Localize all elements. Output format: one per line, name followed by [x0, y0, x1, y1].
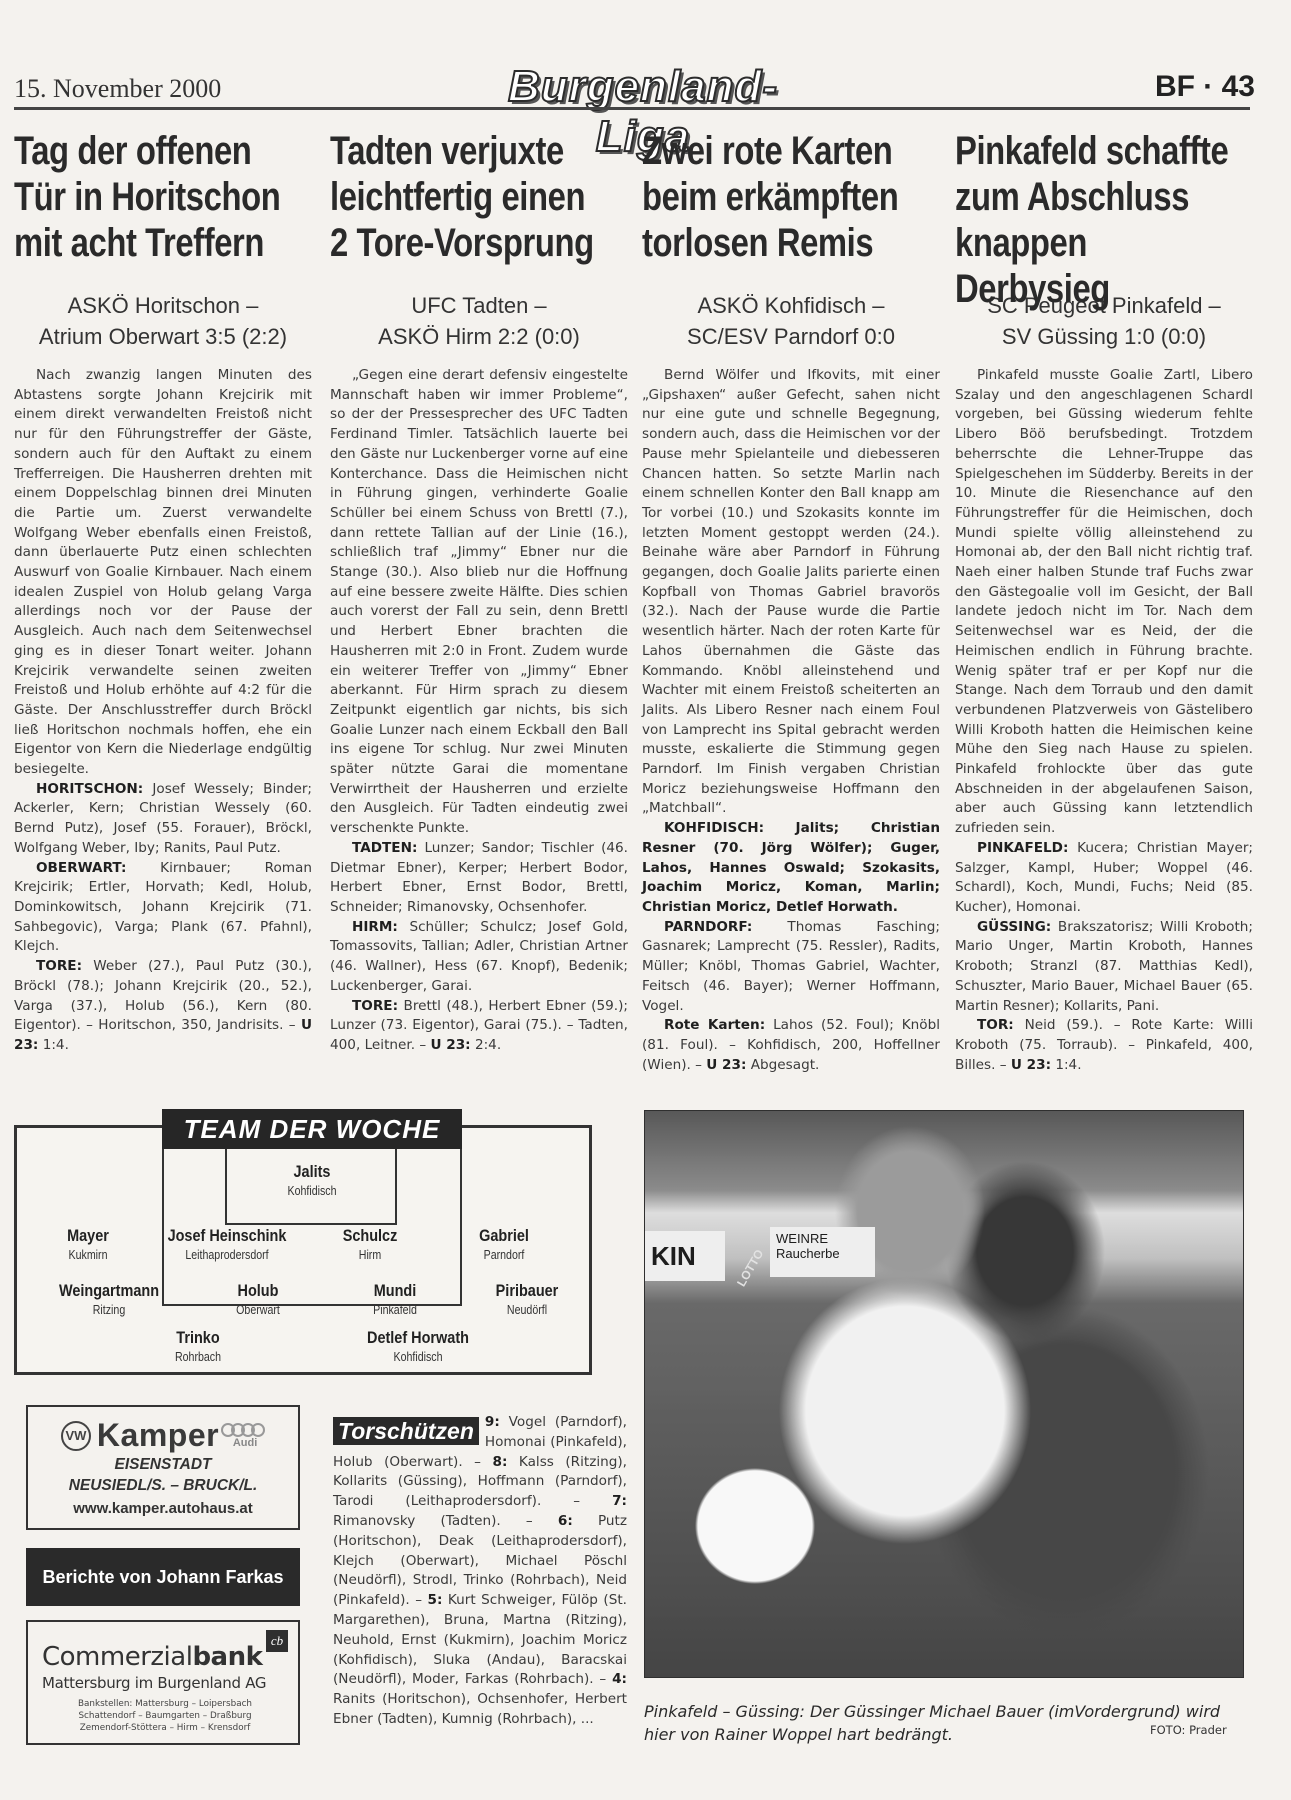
ad-board: WEINRERaucherbe	[770, 1227, 875, 1277]
match-score: Atrium Oberwart 3:5 (2:2)	[14, 321, 312, 352]
lineup-home: TADTEN: Lunzer; Sandor; Tischler (46. Di…	[330, 839, 628, 918]
article-text: Nach zwanzig langen Minuten des Abtasten…	[14, 366, 312, 780]
article-text: „Gegen eine derart defensiv eingestelte …	[330, 366, 628, 839]
goals-summary: TORE: Brettl (48.), Herbert Ebner (59.);…	[330, 997, 628, 1056]
headline-line: leichtfertig einen	[330, 174, 625, 220]
issue-date: 15. November 2000	[14, 74, 221, 104]
cb-logo-icon: cb	[266, 1630, 288, 1652]
u23-label: U 23:	[1011, 1057, 1051, 1073]
player-forward: Detlef HorwathKohfidisch	[343, 1328, 493, 1364]
player-name: Mundi	[331, 1281, 459, 1301]
headline-line: Tür in Horitschon	[14, 174, 309, 220]
player-midfielder: PiribauerNeudörfl	[452, 1281, 602, 1317]
player-name: Gabriel	[440, 1226, 568, 1246]
headline-line: mit acht Treffern	[14, 220, 309, 266]
article-body: Bernd Wölfer und Ifkovits, mit einer „Gi…	[642, 366, 940, 1075]
goal-count: 4:	[612, 1671, 627, 1687]
bank-branches: Bankstellen: Mattersburg – Loipersbach S…	[42, 1698, 288, 1734]
kamper-brand: Kamper	[97, 1417, 219, 1454]
u23-label: U 23:	[706, 1057, 746, 1073]
lineup-label: HORITSCHON:	[36, 781, 143, 797]
match-photo: KIN WEINRERaucherbe LOTTO	[644, 1110, 1244, 1678]
match-result: ASKÖ Horitschon – Atrium Oberwart 3:5 (2…	[14, 290, 312, 352]
vw-logo-icon: VW	[61, 1421, 91, 1451]
ad-board: KIN	[645, 1231, 725, 1281]
player-club: Ritzing	[45, 1303, 173, 1317]
bank-name-bold: bank	[192, 1642, 262, 1672]
branch-line: Bankstellen: Mattersburg – Loipersbach	[42, 1698, 288, 1710]
bank-subtitle: Mattersburg im Burgenland AG	[42, 1674, 288, 1692]
player-club: Leithaprodersdorf	[163, 1248, 291, 1262]
kamper-advertisement[interactable]: VW Kamper Audi EISENSTADT NEUSIEDL/S. – …	[26, 1405, 300, 1530]
goal-count: 9:	[485, 1414, 500, 1430]
headline-line: beim erkämpften	[642, 174, 937, 220]
scorer-names: Rimanovsky (Tadten). –	[333, 1513, 533, 1529]
headline-line: Tag der offenen	[14, 128, 309, 174]
headline-line: 2 Tore-Vorsprung	[330, 220, 625, 266]
player-name: Detlef Horwath	[354, 1328, 482, 1348]
red-cards-summary: Rote Karten: Lahos (52. Foul); Knöbl (81…	[642, 1016, 940, 1075]
player-club: Neudörfl	[463, 1303, 591, 1317]
photo-credit: FOTO: Prader	[1150, 1723, 1227, 1737]
article-horitschon: Tag der offenen Tür in Horitschon mit ac…	[14, 128, 312, 1056]
headline: Tag der offenen Tür in Horitschon mit ac…	[14, 128, 309, 278]
headline-line: zum Abschluss	[955, 174, 1250, 220]
match-teams: ASKÖ Horitschon –	[14, 290, 312, 321]
branch-line: Zemendorf-Stöttera – Hirm – Krensdorf	[42, 1722, 288, 1734]
audi-logo-icon: Audi	[225, 1423, 265, 1449]
bank-name: Commerzialbank	[42, 1642, 288, 1672]
lineup-away: PARNDORF: Thomas Fasching; Gasnarek; Lam…	[642, 918, 940, 1017]
match-result: ASKÖ Kohfidisch – SC/ESV Parndorf 0:0	[642, 290, 940, 352]
player-club: Parndorf	[440, 1248, 568, 1262]
kamper-logo-row: VW Kamper Audi	[28, 1417, 298, 1454]
player-defender: SchulczHirm	[295, 1226, 445, 1262]
headline-line: torlosen Remis	[642, 220, 937, 266]
article-text: Bernd Wölfer und Ifkovits, mit einer „Gi…	[642, 366, 940, 819]
player-defender: GabrielParndorf	[429, 1226, 579, 1262]
lineup-away: OBERWART: Kirnbauer; Roman Krejcirik; Er…	[14, 859, 312, 958]
u23-result: 1:4.	[43, 1037, 69, 1053]
lineup-home: PINKAFELD: Kucera; Christian Mayer; Salz…	[955, 839, 1253, 918]
player-club: Hirm	[306, 1248, 434, 1262]
header-rule	[14, 107, 1250, 110]
lineup-label: TOR:	[977, 1017, 1014, 1033]
top-scorers-title: Torschützen	[333, 1417, 479, 1445]
player-club: Kukmirn	[24, 1248, 152, 1262]
article-text: Pinkafeld musste Goalie Zartl, Libero Sz…	[955, 366, 1253, 839]
lineup-label: KOHFIDISCH:	[664, 820, 764, 836]
article-tadten: Tadten verjuxte leichtfertig einen 2 Tor…	[330, 128, 628, 1056]
player-name: Trinko	[134, 1328, 262, 1348]
headline: Tadten verjuxte leichtfertig einen 2 Tor…	[330, 128, 625, 278]
player-club: Kohfidisch	[248, 1184, 376, 1198]
player-club: Rohrbach	[134, 1350, 262, 1364]
headline-line: knappen Derbysieg	[955, 220, 1250, 312]
author-byline: Berichte von Johann Farkas	[26, 1548, 300, 1606]
commerzialbank-advertisement[interactable]: cb Commerzialbank Mattersburg im Burgenl…	[26, 1620, 300, 1745]
match-result: UFC Tadten – ASKÖ Hirm 2:2 (0:0)	[330, 290, 628, 352]
article-body: „Gegen eine derart defensiv eingestelte …	[330, 366, 628, 1056]
article-body: Nach zwanzig langen Minuten des Abtasten…	[14, 366, 312, 1056]
player-name: Jalits	[248, 1162, 376, 1182]
lineup-label: TADTEN:	[352, 840, 417, 856]
player-midfielder: MundiPinkafeld	[320, 1281, 470, 1317]
player-midfielder: WeingartmannRitzing	[34, 1281, 184, 1317]
lineup-label: OBERWART:	[36, 860, 126, 876]
match-teams: UFC Tadten –	[330, 290, 628, 321]
match-score: SV Güssing 1:0 (0:0)	[955, 321, 1253, 352]
lineup-away: GÜSSING: Brakszatorisz; Willi Kroboth; M…	[955, 918, 1253, 1017]
match-score: SC/ESV Parndorf 0:0	[642, 321, 940, 352]
lineup-label: GÜSSING:	[977, 919, 1051, 935]
u23-result: 2:4.	[475, 1037, 501, 1053]
player-club: Oberwart	[194, 1303, 322, 1317]
lineup-label: TORE:	[352, 998, 398, 1014]
page-number: BF · 43	[1155, 70, 1255, 104]
player-name: Holub	[194, 1281, 322, 1301]
player-midfielder: HolubOberwart	[183, 1281, 333, 1317]
scorer-names: Ranits (Horitschon), Ochsenhofer, Herber…	[333, 1691, 627, 1727]
audi-rings-icon	[225, 1423, 265, 1437]
lotto-sign: LOTTO	[734, 1247, 766, 1289]
ad-board-text: Raucherbe	[776, 1246, 869, 1261]
match-teams: ASKÖ Kohfidisch –	[642, 290, 940, 321]
ad-board-text: WEINRE	[776, 1231, 869, 1246]
headline-line: Zwei rote Karten	[642, 128, 937, 174]
player-club: Kohfidisch	[354, 1350, 482, 1364]
headline: Pinkafeld schaffte zum Abschluss knappen…	[955, 128, 1250, 278]
goals-summary: TOR: Neid (59.). – Rote Karte: Willi Kro…	[955, 1016, 1253, 1075]
player-name: Piribauer	[463, 1281, 591, 1301]
lineup-label: TORE:	[36, 958, 82, 974]
goal-count: 8:	[492, 1454, 507, 1470]
lineup-home: HORITSCHON: Josef Wessely; Binder; Acker…	[14, 780, 312, 859]
player-name: Josef Heinschink	[163, 1226, 291, 1246]
goal-count: 7:	[612, 1493, 627, 1509]
goal-count: 5:	[428, 1592, 443, 1608]
player-goalkeeper: JalitsKohfidisch	[237, 1162, 387, 1198]
lineup-label: PARNDORF:	[664, 919, 752, 935]
kamper-city: EISENSTADT	[28, 1454, 298, 1475]
article-kohfidisch: Zwei rote Karten beim erkämpften torlose…	[642, 128, 940, 1075]
match-score: ASKÖ Hirm 2:2 (0:0)	[330, 321, 628, 352]
article-body: Pinkafeld musste Goalie Zartl, Libero Sz…	[955, 366, 1253, 1075]
kamper-url-link[interactable]: www.kamper.autohaus.at	[28, 1500, 298, 1517]
audi-label: Audi	[233, 1437, 257, 1449]
player-club: Pinkafeld	[331, 1303, 459, 1317]
bank-name-regular: Commerzial	[42, 1642, 192, 1672]
headline-line: Tadten verjuxte	[330, 128, 625, 174]
lineup-label: Rote Karten:	[664, 1017, 765, 1033]
u23-label: U 23:	[430, 1037, 470, 1053]
u23-result: Abgesagt.	[751, 1057, 820, 1073]
player-forward: TrinkoRohrbach	[123, 1328, 273, 1364]
branch-line: Schattendorf – Baumgarten – Draßburg	[42, 1710, 288, 1722]
team-of-week-title: TEAM DER WOCHE	[162, 1109, 462, 1149]
goals-summary: TORE: Weber (27.), Paul Putz (30.), Bröc…	[14, 957, 312, 1056]
kamper-locations: NEUSIEDL/S. – BRUCK/L.	[28, 1475, 298, 1496]
lineup-home: KOHFIDISCH: Jalits; Christian Resner (70…	[642, 819, 940, 918]
lineup-away: HIRM: Schüller; Schulcz; Josef Gold, Tom…	[330, 918, 628, 997]
player-name: Schulcz	[306, 1226, 434, 1246]
u23-result: 1:4.	[1055, 1057, 1081, 1073]
top-scorers-list: Torschützen 9: Vogel (Parndorf), Homonai…	[333, 1413, 627, 1730]
lineup-label: PINKAFELD:	[977, 840, 1068, 856]
headline-line: Pinkafeld schaffte	[955, 128, 1250, 174]
player-defender: Josef HeinschinkLeithaprodersdorf	[152, 1226, 302, 1262]
lineup-label: HIRM:	[352, 919, 398, 935]
goal-count: 6:	[558, 1513, 573, 1529]
article-pinkafeld: Pinkafeld schaffte zum Abschluss knappen…	[955, 128, 1253, 1075]
headline: Zwei rote Karten beim erkämpften torlose…	[642, 128, 937, 278]
player-name: Weingartmann	[45, 1281, 173, 1301]
player-defender: MayerKukmirn	[13, 1226, 163, 1262]
player-name: Mayer	[24, 1226, 152, 1246]
